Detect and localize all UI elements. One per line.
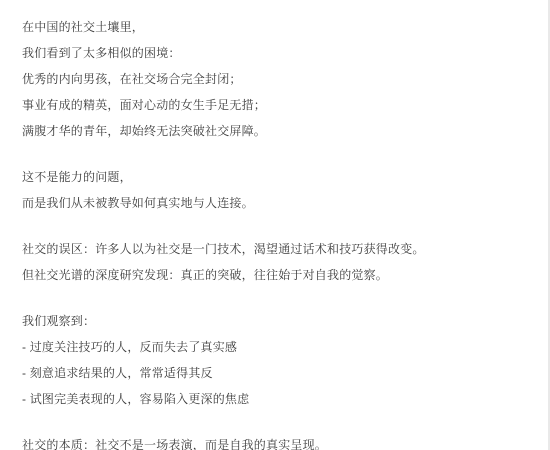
text-line: 满腹才华的青年，却始终无法突破社交屏障。 bbox=[22, 118, 526, 144]
bullet-line: - 刻意追求结果的人，常常适得其反 bbox=[22, 360, 526, 386]
bullet-line: - 试图完美表现的人，容易陷入更深的焦虑 bbox=[22, 386, 526, 412]
paragraph-observations: 我们观察到： - 过度关注技巧的人，反而失去了真实感 - 刻意追求结果的人，常常… bbox=[22, 308, 526, 412]
paragraph-dilemmas: 在中国的社交土壤里， 我们看到了太多相似的困境： 优秀的内向男孩，在社交场合完全… bbox=[22, 14, 526, 144]
text-line: 而是我们从未被教导如何真实地与人连接。 bbox=[22, 190, 526, 216]
text-line: 优秀的内向男孩，在社交场合完全封闭； bbox=[22, 66, 526, 92]
bullet-line: - 过度关注技巧的人，反而失去了真实感 bbox=[22, 334, 526, 360]
paragraph-essence: 社交的本质：社交不是一场表演，而是自我的真实呈现。 bbox=[22, 432, 526, 450]
text-line: 社交的误区：许多人以为社交是一门技术，渴望通过话术和技巧获得改变。 bbox=[22, 236, 526, 262]
text-line: 事业有成的精英，面对心动的女生手足无措； bbox=[22, 92, 526, 118]
text-line: 我们观察到： bbox=[22, 308, 526, 334]
document-content: 在中国的社交土壤里， 我们看到了太多相似的困境： 优秀的内向男孩，在社交场合完全… bbox=[0, 0, 550, 450]
text-line: 社交的本质：社交不是一场表演，而是自我的真实呈现。 bbox=[22, 432, 526, 450]
document-page: 在中国的社交土壤里， 我们看到了太多相似的困境： 优秀的内向男孩，在社交场合完全… bbox=[0, 0, 550, 450]
text-line: 但社交光谱的深度研究发现：真正的突破，往往始于对自我的觉察。 bbox=[22, 262, 526, 288]
paragraph-misconception: 社交的误区：许多人以为社交是一门技术，渴望通过话术和技巧获得改变。 但社交光谱的… bbox=[22, 236, 526, 288]
text-line: 在中国的社交土壤里， bbox=[22, 14, 526, 40]
paragraph-not-ability: 这不是能力的问题， 而是我们从未被教导如何真实地与人连接。 bbox=[22, 164, 526, 216]
text-line: 这不是能力的问题， bbox=[22, 164, 526, 190]
text-line: 我们看到了太多相似的困境： bbox=[22, 40, 526, 66]
